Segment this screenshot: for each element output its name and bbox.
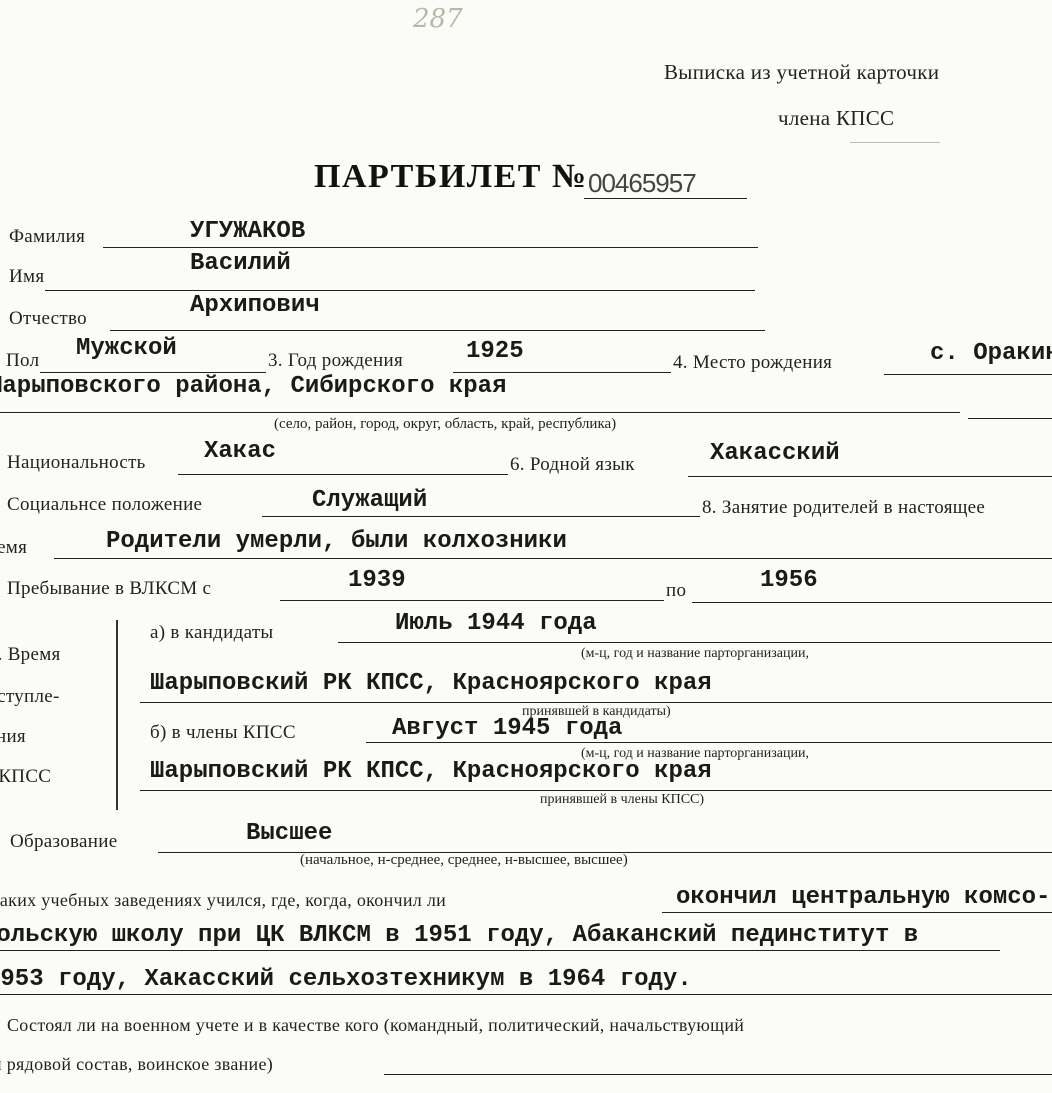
member-label: б) в члены КПСС [150, 722, 296, 744]
social-status-line [262, 516, 700, 517]
native-language-line [688, 476, 1052, 477]
candidate-hint-1: (м-ц, год и название парторганизации, [581, 646, 809, 662]
candidate-org: Шарыповский РК КПСС, Красноярского края [150, 670, 712, 697]
komsomol-to: 1956 [760, 567, 818, 594]
candidate-label: а) в кандидаты [150, 622, 274, 644]
surname-line [103, 247, 758, 248]
first-name-label: Имя [9, 266, 44, 288]
parents-occupation-label: 8. Занятие родителей в настоящее [702, 497, 985, 519]
candidate-value: Июль 1944 года [395, 610, 597, 637]
komsomol-from-line [280, 600, 664, 601]
social-status-label: Социальнсе положение [7, 494, 202, 516]
parents-occupation-line [54, 558, 1052, 559]
komsomol-to-label: по [666, 580, 686, 602]
nationality-label: Национальность [7, 452, 146, 474]
member-hint-2: принявшей в члены КПСС) [540, 792, 704, 808]
joining-side-label-3: ния [0, 726, 26, 748]
education-label: Образование [10, 831, 117, 853]
patronymic-line [110, 330, 765, 331]
birth-place-value-1: с. Оракин [930, 340, 1052, 367]
header-underline [850, 142, 940, 143]
member-line [366, 742, 1052, 743]
military-label-2: и рядовой состав, воинское звание) [0, 1054, 273, 1075]
joining-side-label-1: 10. Время [0, 644, 61, 666]
birth-place-label: 4. Место рождения [673, 352, 832, 374]
member-org-line [140, 790, 1052, 791]
member-value: Август 1945 года [392, 715, 622, 742]
surname-label: Фамилия [9, 226, 85, 248]
joining-side-label-2: вступле- [0, 686, 60, 708]
birth-place-hint: (село, район, город, округ, область, кра… [274, 416, 616, 433]
education-value: Высшее [246, 820, 332, 847]
schools-label: В каких учебных заведениях учился, где, … [0, 890, 446, 911]
birth-place-line-1 [884, 374, 1052, 375]
social-status-value: Служащий [312, 487, 427, 514]
first-name-value: Василий [190, 250, 291, 277]
partbilet-number: 00465957 [588, 168, 696, 199]
native-language-label: 6. Родной язык [510, 454, 635, 476]
member-org: Шарыповский РК КПСС, Красноярского края [150, 758, 712, 785]
schools-line-1 [662, 912, 1052, 913]
patronymic-label: Отчество [9, 308, 87, 330]
education-hint: (начальное, н-среднее, среднее, н-высшее… [300, 852, 628, 869]
komsomol-from: 1939 [348, 567, 406, 594]
page-number-handwritten: 287 [413, 4, 463, 34]
parents-occupation-value: Родители умерли, были колхозники [106, 528, 567, 555]
schools-line-3 [0, 994, 1052, 995]
parents-occupation-label-2: время [0, 537, 27, 559]
header-line2: члена КПСС [778, 106, 894, 131]
nationality-line [178, 474, 508, 475]
page-title: ПАРТБИЛЕТ № [314, 158, 588, 196]
schools-value-2: мольскую школу при ЦК ВЛКСМ в 1951 году,… [0, 922, 918, 949]
candidate-org-line [140, 702, 1052, 703]
schools-value-3: 1953 году, Хакасский сельхозтехникум в 1… [0, 966, 692, 993]
nationality-value: Хакас [204, 438, 276, 465]
header-line1: Выписка из учетной карточки [664, 60, 939, 85]
military-label-1: Состоял ли на военном учете и в качестве… [7, 1015, 744, 1036]
birth-place-line-3 [968, 418, 1052, 419]
native-language-value: Хакасский [710, 440, 840, 467]
birth-place-value-2: Шарыповского района, Сибирского края [0, 373, 506, 400]
birth-place-line-2 [0, 412, 960, 413]
sex-value: Мужской [76, 335, 177, 362]
komsomol-to-line [692, 602, 1052, 603]
birth-year-value: 1925 [466, 338, 524, 365]
joining-brace [116, 620, 118, 810]
title-underline [584, 198, 747, 199]
first-name-line [45, 290, 755, 291]
schools-value-1: окончил центральную комсо- [676, 884, 1050, 911]
surname-value: УГУЖАКОВ [190, 218, 305, 245]
birth-year-label: 3. Год рождения [268, 350, 403, 372]
patronymic-value: Архипович [190, 292, 320, 319]
joining-side-label-4: в КПСС [0, 766, 51, 788]
schools-line-2 [0, 950, 1000, 951]
komsomol-label: Пребывание в ВЛКСМ с [7, 578, 211, 600]
military-line [384, 1074, 1052, 1075]
candidate-line [338, 642, 1052, 643]
sex-label: Пол [6, 350, 39, 372]
